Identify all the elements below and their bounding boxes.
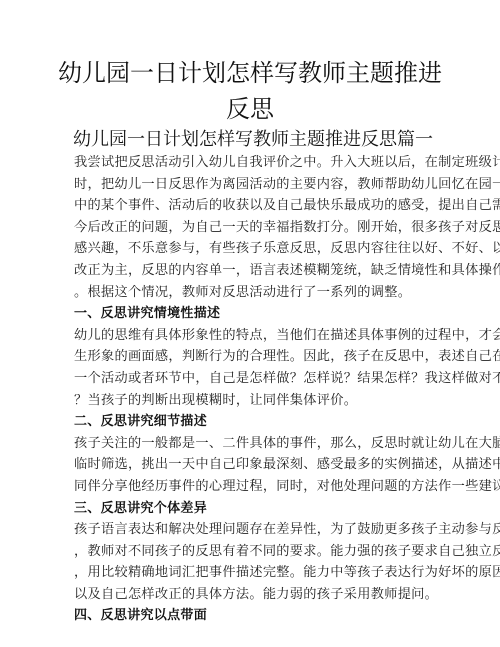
body-line: 幼儿的思维有具体形象性的特点，当他们在描述具体事例的过程中，才会产 [74, 325, 426, 347]
body-line: 孩子语言表达和解决处理问题存在差异性，为了鼓励更多孩子主动参与反思 [74, 519, 426, 541]
body-line: ，教师对不同孩子的反思有着不同的要求。能力强的孩子要求自己独立反思 [74, 541, 426, 563]
subheading-1: 一、反思讲究情境性描述 [74, 303, 426, 325]
body-line: 孩子关注的一般都是一、二件具体的事件，那么，反思时就让幼儿在大脑中 [74, 433, 426, 455]
body-line: 。根据这个情况，教师对反思活动进行了一系列的调整。 [74, 282, 426, 304]
body-line: ，用比较精确地词汇把事件描述完整。能力中等孩子表达行为好坏的原因， [74, 562, 426, 584]
body-line: 中的某个事件、活动后的收获以及自己最快乐最成功的感受，提出自己需要 [74, 195, 426, 217]
body-line: 改正为主，反思的内容单一，语言表述模糊笼统，缺乏情境性和具体操作性 [74, 260, 426, 282]
body-line: 一个活动或者环节中，自己是怎样做？怎样说？结果怎样？我这样做对不对 [74, 368, 426, 390]
body-line: 感兴趣，不乐意参与，有些孩子乐意反思，反思内容往往以好、不好、以后 [74, 238, 426, 260]
document-title-line-2: 反思 [0, 92, 500, 126]
document-page: 幼儿园一日计划怎样写教师主题推进 反思 幼儿园一日计划怎样写教师主题推进反思篇一… [0, 0, 500, 647]
document-body: 我尝试把反思活动引入幼儿自我评价之中。升入大班以后，在制定班级计划 时，把幼儿一… [74, 152, 426, 627]
body-line: 我尝试把反思活动引入幼儿自我评价之中。升入大班以后，在制定班级计划 [74, 152, 426, 174]
document-title-line-1: 幼儿园一日计划怎样写教师主题推进 [0, 56, 500, 90]
body-line: 临时筛选，挑出一天中自己印象最深刻、感受最多的实例描述，从描述中让 [74, 454, 426, 476]
body-line: 以及自己怎样改正的具体方法。能力弱的孩子采用教师提问。 [74, 584, 426, 606]
subheading-4: 四、反思讲究以点带面 [74, 605, 426, 627]
subheading-3: 三、反思讲究个体差异 [74, 498, 426, 520]
section-title: 幼儿园一日计划怎样写教师主题推进反思篇一 [73, 127, 433, 153]
body-line: 时，把幼儿一日反思作为离园活动的主要内容，教师帮助幼儿回忆在园一天 [74, 174, 426, 196]
body-line: 同伴分享他经历事件的心理过程，同时，对他处理问题的方法作一些建议。 [74, 476, 426, 498]
subheading-2: 二、反思讲究细节描述 [74, 411, 426, 433]
body-line: 生形象的画面感，判断行为的合理性。因此，孩子在反思中，表述自己在某 [74, 346, 426, 368]
body-line: ？当孩子的判断出现模糊时，让同伴集体评价。 [74, 390, 426, 412]
body-line: 今后改正的问题，为自己一天的幸福指数打分。刚开始，很多孩子对反思不 [74, 217, 426, 239]
